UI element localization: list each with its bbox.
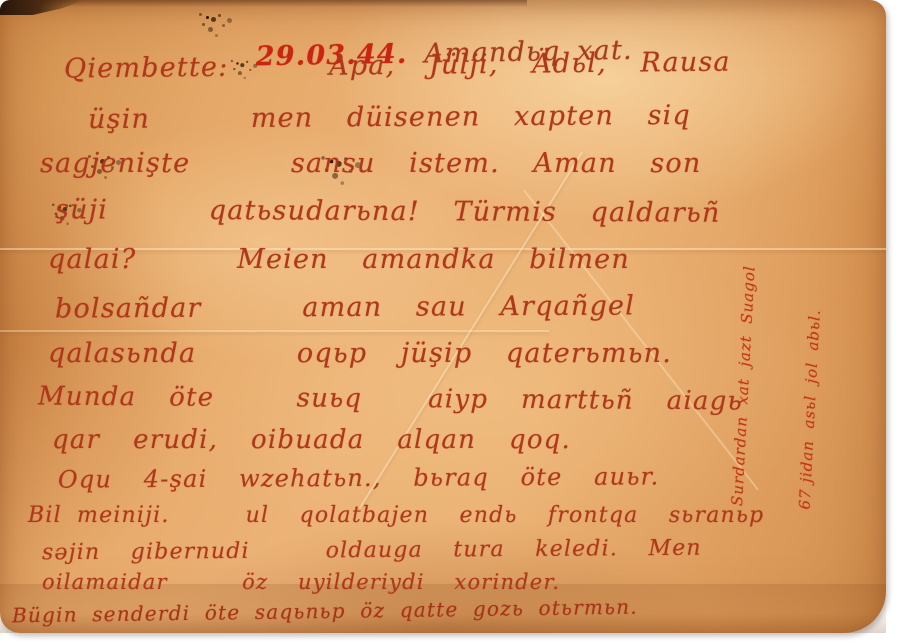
letter-line: sәjin gibernudi oldauga tura keledi. Men xyxy=(42,536,702,566)
letter-line: Bil meiniji. ul qolatbajen endь frontqa … xyxy=(28,503,764,528)
margin-note-line: 67 jidan asьl jol abьl. xyxy=(793,89,837,510)
letter-paper: 29.03.44. Amandьq xat. Qiembette: Apa, J… xyxy=(0,0,886,633)
letter-line: qalai? Meien amandka bilmen xyxy=(48,244,630,275)
paper-crease xyxy=(0,330,549,332)
letter-line: Munda öte suьq aiyp marttьñ aiagь xyxy=(38,382,743,417)
letter-line: qalasьnda oqьp jüşip qaterьmьn. xyxy=(48,338,672,369)
letter-line: Bügin senderdi öte saqьnьp öz qatte gozь… xyxy=(12,595,638,628)
letter-line: Oqu 4-şai wzehatьn., bьraq öte auьr. xyxy=(58,462,660,493)
scan-background: 29.03.44. Amandьq xat. Qiembette: Apa, J… xyxy=(0,0,900,643)
letter-line: bolsañdar aman sau Arqañgel xyxy=(55,290,635,324)
letter-line: qar erudi, oibuada alqan qoq. xyxy=(52,425,571,455)
letter-line: sagjenişte sansu istem. Aman son xyxy=(40,148,701,179)
letter-line: şüji qatьsudarьna! Türmis qaldarьñ xyxy=(55,194,721,228)
margin-note: Surdardan xat jazt Suagol 67 jidan asьl … xyxy=(681,84,883,513)
margin-note-line: Surdardan xat jazt Suagol xyxy=(726,86,770,507)
letter-line: oilamaidar öz uyilderiydi xorinder. xyxy=(42,570,560,594)
letter-line: üşin men düisenen xapten siq xyxy=(88,100,691,135)
